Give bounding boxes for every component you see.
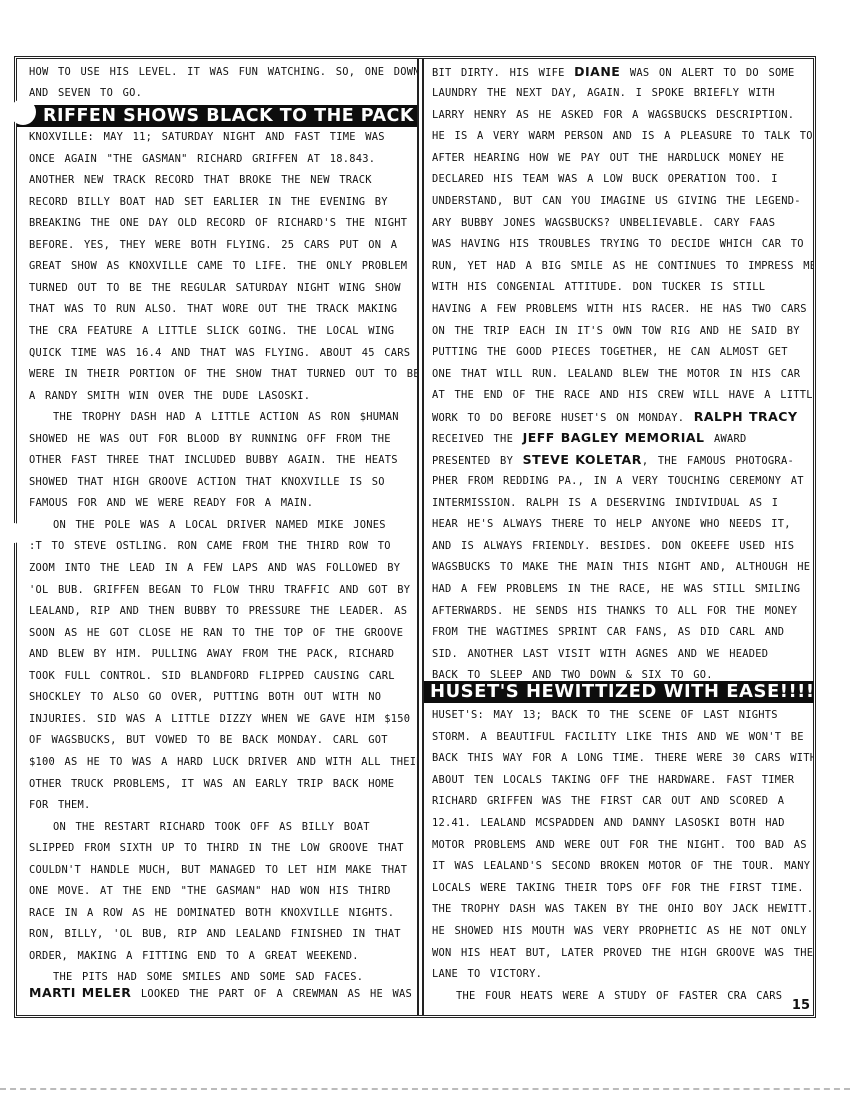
hole-punch-mark: [10, 99, 36, 125]
text-line: ORDER, MAKING A FITTING END TO A GREAT W…: [29, 947, 411, 965]
text-line: HOW TO USE HIS LEVEL. IT WAS FUN WATCHIN…: [29, 63, 411, 81]
text-line: THE TROPHY DASH HAD A LITTLE ACTION AS R…: [29, 408, 411, 426]
text-line: ZOOM INTO THE LEAD IN A FEW LAPS AND WAS…: [29, 559, 411, 577]
text-line: :T TO STEVE OSTLING. RON CAME FROM THE T…: [29, 537, 411, 555]
text-line: PHER FROM REDDING PA., IN A VERY TOUCHIN…: [432, 472, 808, 490]
text-line: COULDN'T HANDLE MUCH, BUT MANAGED TO LET…: [29, 861, 411, 879]
text-line: SID. ANOTHER LAST VISIT WITH AGNES AND W…: [432, 645, 808, 663]
text-line: ARY BUBBY JONES WAGSBUCKS? UNBELIEVABLE.…: [432, 214, 808, 232]
text-line: QUICK TIME WAS 16.4 AND THAT WAS FLYING.…: [29, 344, 411, 362]
text-line: LANE TO VICTORY.: [432, 965, 808, 983]
text-line: AFTERWARDS. HE SENDS HIS THANKS TO ALL F…: [432, 602, 808, 620]
text-line: HAD A FEW PROBLEMS IN THE RACE, HE WAS S…: [432, 580, 808, 598]
text-line: AND IS ALWAYS FRIENDLY. BESIDES. DON OKE…: [432, 537, 808, 555]
text-line: RECORD BILLY BOAT HAD SET EARLIER IN THE…: [29, 193, 411, 211]
text-line: FROM THE WAGTIMES SPRINT CAR FANS, AS DI…: [432, 623, 808, 641]
article-headline-husets: HUSET'S HEWITTIZED WITH EASE!!!!!!!: [424, 681, 814, 703]
text-line: INJURIES. SID WAS A LITTLE DIZZY WHEN WE…: [29, 710, 411, 728]
text-line: BIT DIRTY. HIS WIFE DIANE WAS ON ALERT T…: [432, 63, 808, 81]
text-line: FOR THEM.: [29, 796, 411, 814]
text-line: 12.41. LEALAND McSPADDEN AND DANNY LASOS…: [432, 814, 808, 832]
text-line: THAT WAS TO RUN ALSO. THAT WORE OUT THE …: [29, 300, 411, 318]
right-column: BIT DIRTY. HIS WIFE DIANE WAS ON ALERT T…: [422, 59, 814, 1015]
left-column: HOW TO USE HIS LEVEL. IT WAS FUN WATCHIN…: [17, 59, 419, 1015]
text-line: LOCALS WERE TAKING THEIR TOPS OFF FOR TH…: [432, 879, 808, 897]
text-line: A RANDY SMITH WIN OVER THE DUDE LASOSKI.: [29, 387, 411, 405]
text-line: SHOCKLEY TO ALSO GO OVER, PUTTING BOTH O…: [29, 688, 411, 706]
text-line: WERE IN THEIR PORTION OF THE SHOW THAT T…: [29, 365, 411, 383]
page-number: 15: [792, 998, 810, 1013]
text-line: KNOXVILLE: MAY 11; SATURDAY NIGHT AND FA…: [29, 128, 411, 146]
text-line: BEFORE. YES, THEY WERE BOTH FLYING. 25 C…: [29, 236, 411, 254]
text-line: HAVING A FEW PROBLEMS WITH HIS RACER. HE…: [432, 300, 808, 318]
name-marti-meler: MARTI MELER: [29, 985, 131, 1000]
text-line: RUN, YET HAD A BIG SMILE AS HE CONTINUES…: [432, 257, 808, 275]
text-line: TURNED OUT TO BE THE REGULAR SATURDAY NI…: [29, 279, 411, 297]
text-line: ABOUT TEN LOCALS TAKING OFF THE HARDWARE…: [432, 771, 808, 789]
text-line-marti-meler: MARTI MELER LOOKED THE PART OF A CREWMAN…: [29, 984, 411, 1002]
text-line: OF WAGSBUCKS, BUT VOWED TO BE BACK MONDA…: [29, 731, 411, 749]
text-line: GREAT SHOW AS KNOXVILLE CAME TO LIFE. TH…: [29, 257, 411, 275]
text-line: BREAKING THE ONE DAY OLD RECORD OF RICHA…: [29, 214, 411, 232]
text-line: IT WAS LEALAND'S SECOND BROKEN MOTOR OF …: [432, 857, 808, 875]
text-line: AT THE END OF THE RACE AND HIS CREW WILL…: [432, 386, 808, 404]
text-line: HE IS A VERY WARM PERSON AND IS A PLEASU…: [432, 127, 808, 145]
text-line: AFTER HEARING HOW WE PAY OUT THE HARDLUC…: [432, 149, 808, 167]
text-line: SHOWED HE WAS OUT FOR BLOOD BY RUNNING O…: [29, 430, 411, 448]
text-line: UNDERSTAND, BUT CAN YOU IMAGINE US GIVIN…: [432, 192, 808, 210]
text-line: RICHARD GRIFFEN WAS THE FIRST CAR OUT AN…: [432, 792, 808, 810]
text-line: 'OL BUB. GRIFFEN BEGAN TO FLOW THRU TRAF…: [29, 581, 411, 599]
text-line: SOON AS HE GOT CLOSE HE RAN TO THE TOP O…: [29, 624, 411, 642]
text-line: FAMOUS FOR AND WE WERE READY FOR A MAIN.: [29, 494, 411, 512]
text-line: AND SEVEN TO GO.: [29, 84, 411, 102]
text-line: MOTOR PROBLEMS AND WERE OUT FOR THE NIGH…: [432, 836, 808, 854]
name-ralph-tracy: RALPH TRACY: [694, 409, 798, 424]
text-line: OTHER FAST THREE THAT INCLUDED BUBBY AGA…: [29, 451, 411, 469]
text-line: WAGSBUCKS TO MAKE THE MAIN THIS NIGHT AN…: [432, 558, 808, 576]
text-line: SHOWED THAT HIGH GROOVE ACTION THAT KNOX…: [29, 473, 411, 491]
text-line: RON, BILLY, 'OL BUB, RIP AND LEALAND FIN…: [29, 925, 411, 943]
text-line: ANOTHER NEW TRACK RECORD THAT BROKE THE …: [29, 171, 411, 189]
award-name: JEFF BAGLEY MEMORIAL: [523, 430, 705, 445]
text-line: $100 AS HE TO WAS A HARD LUCK DRIVER AND…: [29, 753, 411, 771]
text-line: BACK THIS WAY FOR A LONG TIME. THERE WER…: [432, 749, 808, 767]
text-line: WAS HAVING HIS TROUBLES TRYING TO DECIDE…: [432, 235, 808, 253]
text-line: ONCE AGAIN "THE GASMAN" RICHARD GRIFFEN …: [29, 150, 411, 168]
text-line: THE CRA FEATURE A LITTLE SLICK GOING. TH…: [29, 322, 411, 340]
name-steve-koletar: STEVE KOLETAR: [523, 452, 642, 467]
text-line: DECLARED HIS TEAM WAS A LOW BUCK OPERATI…: [432, 170, 808, 188]
text-line: LARRY HENRY AS HE ASKED FOR A WAGSBUCKS …: [432, 106, 808, 124]
text-line: TOOK FULL CONTROL. SID BLANDFORD FLIPPED…: [29, 667, 411, 685]
text-line: HUSET'S: MAY 13; BACK TO THE SCENE OF LA…: [432, 706, 808, 724]
text-line: RACE IN A ROW AS HE DOMINATED BOTH KNOXV…: [29, 904, 411, 922]
text-line: LEALAND, RIP AND THEN BUBBY TO PRESSURE …: [29, 602, 411, 620]
text-line: WITH HIS CONGENIAL ATTITUDE. DON TUCKER …: [432, 278, 808, 296]
text-line: PRESENTED BY STEVE KOLETAR, THE FAMOUS P…: [432, 451, 808, 469]
hole-punch-mark: [4, 523, 24, 543]
text-line: STORM. A BEAUTIFUL FACILITY LIKE THIS AN…: [432, 728, 808, 746]
text-line: PUTTING THE GOOD PIECES TOGETHER, HE CAN…: [432, 343, 808, 361]
article-headline-griffen: RIFFEN SHOWS BLACK TO THE PACK: [17, 105, 417, 127]
text-line: THE TROPHY DASH WAS TAKEN BY THE OHIO BO…: [432, 900, 808, 918]
text-line: LAUNDRY THE NEXT DAY, AGAIN. I SPOKE BRI…: [432, 84, 808, 102]
text-line: ON THE RESTART RICHARD TOOK OFF AS BILLY…: [29, 818, 411, 836]
text-line: RECEIVED THE JEFF BAGLEY MEMORIAL AWARD: [432, 429, 808, 447]
text-line: OTHER TRUCK PROBLEMS, IT WAS AN EARLY TR…: [29, 775, 411, 793]
text-line: WON HIS HEAT BUT, LATER PROVED THE HIGH …: [432, 944, 808, 962]
text-line: HE SHOWED HIS MOUTH WAS VERY PROPHETIC A…: [432, 922, 808, 940]
text-line: THE FOUR HEATS WERE A STUDY OF FASTER CR…: [432, 987, 808, 1005]
text-line: AND BLEW BY HIM. PULLING AWAY FROM THE P…: [29, 645, 411, 663]
scan-edge-line: [0, 1088, 850, 1090]
text-line: INTERMISSION. RALPH IS A DESERVING INDIV…: [432, 494, 808, 512]
text-line: ONE THAT WILL RUN. LEALAND BLEW THE MOTO…: [432, 365, 808, 383]
text-line: ON THE TRIP EACH IN IT'S OWN TOW RIG AND…: [432, 322, 808, 340]
text-line: WORK TO DO BEFORE HUSET'S ON MONDAY. RAL…: [432, 408, 808, 426]
text-line: HEAR HE'S ALWAYS THERE TO HELP ANYONE WH…: [432, 515, 808, 533]
text-line: ONE MOVE. AT THE END "THE GASMAN" HAD WO…: [29, 882, 411, 900]
text-line: SLIPPED FROM SIXTH UP TO THIRD IN THE LO…: [29, 839, 411, 857]
name-diane: DIANE: [574, 64, 620, 79]
text-line: ON THE POLE WAS A LOCAL DRIVER NAMED MIK…: [29, 516, 411, 534]
